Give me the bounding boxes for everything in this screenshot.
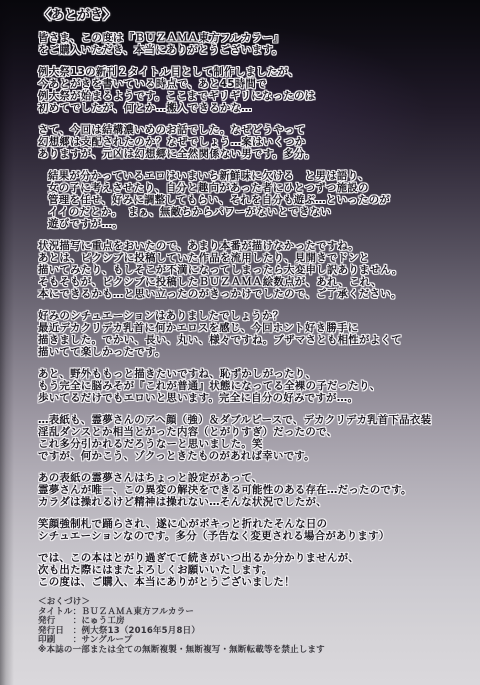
paragraph-closing: では、この本はとがり過ぎてて続きがいつ出るか分かりませんが、 次も出た際にはまた… [38,552,468,588]
text-line: 幻想郷は支配されたのか？なぜでしょう…案はいくつか [38,136,468,148]
text-line: 好みのシチュエーションはありましたでしょうか？ [38,310,468,322]
text-line: 歩いてるだけでもエロいと思います。完全に自分の好みですが…。 [38,392,468,404]
text-line: 例大祭13の新刊２タイトル目として制作しましたが、 [38,66,468,78]
text-line: 描いてみたり、もしそこが不満になってしまったら大変申し訳ありません。 [38,264,468,276]
text-line: 状況描写に重点をおいたので、あまり本番が描けなかったですね。 [38,240,468,252]
text-line: 管理を任せ、好みに調整してもらい、それを自分も遊ぶ…といったのが [48,194,468,206]
colophon-copyright-note: ※本誌の一部または全ての無断複製・無断複写・無断転載等を禁止します [38,646,468,656]
text-line: 霊夢さんが唯一、この異変の解決をできる可能性のある存在…だったのです。 [38,484,468,496]
text-line: 淫乱ダンスとか相当とがった内容（とがりすぎ）だったので、 [38,426,468,438]
paragraph-quote: 結果が分かっているエロはいまいち新鮮味に欠ける と男は語り、 女の子に考えさせた… [48,170,468,230]
text-line: 初めてでしたが、何とか…搬入できるかな… [38,102,468,114]
text-line: あの表紙の霊夢さんはちょっと設定があって、 [38,472,468,484]
paragraph-reimu-setting: あの表紙の霊夢さんはちょっと設定があって、 霊夢さんが唯一、この異変の解決をでき… [38,472,468,508]
paragraph-smile-card: 笑顔強制札で踊らされ、遂に心がボキっと折れたそんな日の シチュエーションなのです… [38,518,468,542]
text-line: 今あとがきを書いている時点で、あと45時間で [38,78,468,90]
text-line: これ多分引かれるだろうなーと思いました。笑 [38,438,468,450]
paragraph-story: さて、今回は結構濃いめのお話でした。なぜどうやって 幻想郷は支配されたのか？なぜ… [38,124,468,160]
text-line: 笑顔強制札で踊らされ、遂に心がボキっと折れたそんな日の [38,518,468,530]
afterword-content: 〈あとがき〉 皆さま、この度は『ＢＵＺＡＭＡ東方フルカラー』 をご購入いただき、… [38,8,468,656]
text-line: ですが、何かこう、ゾクっときたものがあれば幸いです。 [38,450,468,462]
text-line: では、この本はとがり過ぎてて続きがいつ出るか分かりませんが、 [38,552,468,564]
text-line: 次も出た際にはまたよろしくお願いいたします。 [38,564,468,576]
paragraph-deadline: 例大祭13の新刊２タイトル目として制作しましたが、 今あとがきを書いている時点で… [38,66,468,114]
text-line: 最近デカクリデカ乳首に何かエロスを感じ、今回ホント好き勝手に [38,322,468,334]
text-line: 遊びですが…。 [48,218,468,230]
paragraph-pixiv: 状況描写に重点をおいたので、あまり本番が描けなかったですね。 あとは、ピクシブに… [38,240,468,300]
text-line: あとは、ピクシブに投稿していた作品を流用したり、見開きでドンと [38,252,468,264]
text-line: ありますが、元凶は幻想郷に全然関係ない男です。多分。 [38,148,468,160]
text-line: 結果が分かっているエロはいまいち新鮮味に欠ける と男は語り、 [48,170,468,182]
text-line: 描きました。でかい、長い、丸い、様々ですね。ブザマさとも相性がよくて [38,334,468,346]
text-line: 例大祭が始まるようです。ここまでギリギリになったのは [38,90,468,102]
text-line: 本にできるかも…と思い立ったのがきっかけでしたので、ご了承ください。 [38,288,468,300]
text-line: …表紙も、霊夢さんのアヘ顔（強）＆ダブルピースで、デカクリデカ乳首下品衣装 [38,414,468,426]
paragraph-outdoor: あと、野外ももっと描きたいですね、恥ずかしがったり、 もう完全に脳みそが『これが… [38,368,468,404]
paragraph-situation: 好みのシチュエーションはありましたでしょうか？ 最近デカクリデカ乳首に何かエロス… [38,310,468,358]
paragraph-cover: …表紙も、霊夢さんのアヘ顔（強）＆ダブルピースで、デカクリデカ乳首下品衣装 淫乱… [38,414,468,462]
text-line: 皆さま、この度は『ＢＵＺＡＭＡ東方フルカラー』 [38,32,468,44]
text-line: あと、野外ももっと描きたいですね、恥ずかしがったり、 [38,368,468,380]
text-line: もう完全に脳みそが『これが普通』状態になってる全裸の子だったり、 [38,380,468,392]
text-line: そもそもが、ピクシブに投稿したＢＵＺＡＭＡ絵数点が、あれ、これ、 [38,276,468,288]
text-line: イイのだとか。 まぁ、無敵ちからパワーがないとできない [48,206,468,218]
colophon: ＜おくづけ＞ タイトル：ＢＵＺＡＭＡ東方フルカラー 発行 ：にゅう工房 発行日 … [38,598,468,656]
text-line: さて、今回は結構濃いめのお話でした。なぜどうやって [38,124,468,136]
text-line: この度は、ご購入、本当にありがとうございました！ [38,576,468,588]
afterword-page: 〈あとがき〉 皆さま、この度は『ＢＵＺＡＭＡ東方フルカラー』 をご購入いただき、… [0,0,480,685]
text-line: 女の子に考えさせたり、自分と趣向があった者にひとつずつ施設の [48,182,468,194]
text-line: カラダは操れるけど精神は操れない…そんな状況でしたが、 [38,496,468,508]
afterword-heading: 〈あとがき〉 [38,8,468,23]
text-line: をご購入いただき、本当にありがとうございます。 [38,44,468,56]
text-line: シチュエーションなのです。多分（予告なく変更される場合があります） [38,530,468,542]
paragraph-greeting: 皆さま、この度は『ＢＵＺＡＭＡ東方フルカラー』 をご購入いただき、本当にありがと… [38,32,468,56]
text-line: 描いてて楽しかったです。 [38,346,468,358]
